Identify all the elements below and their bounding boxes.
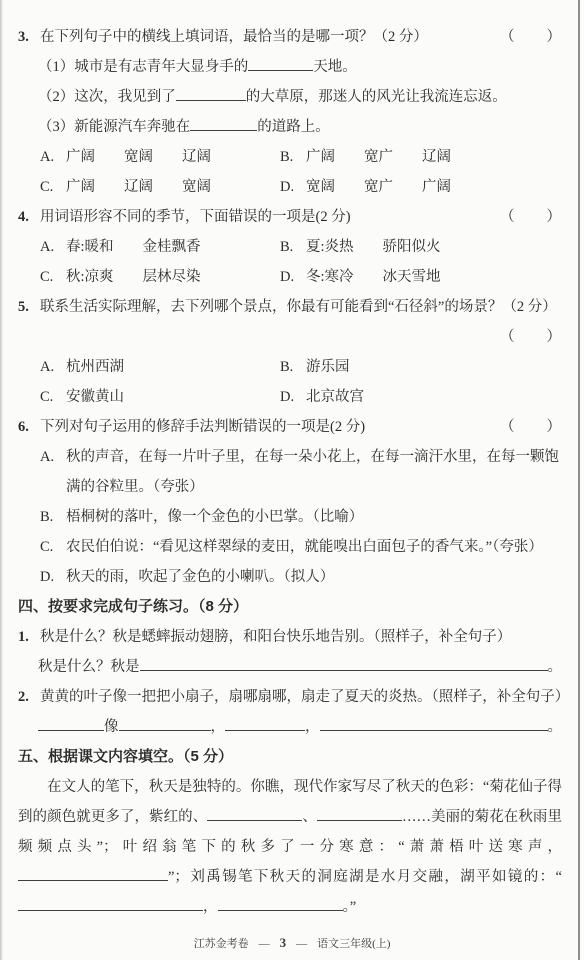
option-label: C. <box>40 262 66 292</box>
option-text: 冬:寒冷 冰天雪地 <box>306 262 441 292</box>
footer-brand: 江苏金考卷 <box>194 938 249 950</box>
answer-comma: ， <box>211 712 226 742</box>
option-text: 广阔 辽阔 宽阔 <box>66 172 211 202</box>
question-4-text: 用词语形容不同的季节，下面错误的一项是(2 分) <box>40 202 496 232</box>
sub-text: 的大草原，那迷人的风光让我流连忘返。 <box>246 89 507 105</box>
answer-comma: ， <box>305 712 320 742</box>
option-label: A. <box>40 142 66 172</box>
item-text: 秋是什么？秋是蟋蟀振动翅膀，和阳台快乐地告别。（照样子，补全句子） <box>40 622 562 652</box>
section-5-title: 五、根据课文内容填空。（5 分） <box>18 742 562 772</box>
option-label: B. <box>280 352 306 382</box>
option-label: A. <box>40 232 66 262</box>
answer-blank <box>176 86 246 102</box>
option-text: 游乐园 <box>306 352 350 382</box>
option-text: 农民伯伯说：“看见这样翠绿的麦田，就能嗅出白面包子的香气来。”（夸张） <box>66 532 562 562</box>
section-4: 四、按要求完成句子练习。（8 分） 1. 秋是什么？秋是蟋蟀振动翅膀，和阳台快乐… <box>18 592 562 742</box>
question-3-number: 3. <box>18 22 40 52</box>
answer-blank <box>18 896 203 912</box>
section-5-paragraph: 在文人的笔下，秋天是独特的。你瞧，现代作家写尽了秋天的色彩：“菊花仙子得到的颜色… <box>18 772 562 922</box>
question-5-answer-bracket: （ ） <box>18 322 562 352</box>
page-footer: 江苏金考卷—3—语文三年级(上) <box>0 935 584 952</box>
question-6-number: 6. <box>18 412 40 442</box>
option-label: A. <box>40 352 66 382</box>
option-text: 夏:炎热 骄阳似火 <box>306 232 441 262</box>
item-text: 黄黄的叶子像一把把小扇子，扇哪扇哪，扇走了夏天的炎热。（照样子，补全句子） <box>40 682 562 712</box>
item-number: 1. <box>18 622 40 652</box>
answer-blank <box>248 56 313 72</box>
question-3-head: 3. 在下列句子中的横线上填词语，最恰当的是哪一项？（2 分） （ ） <box>18 22 562 52</box>
question-5-options: A.杭州西湖 B.游乐园 C.安徽黄山 D.北京故宫 <box>18 352 562 412</box>
sub-text: （3）新能源汽车奔驰在 <box>38 119 190 135</box>
option-label: D. <box>280 382 306 412</box>
question-6-text: 下列对句子运用的修辞手法判断错误的一项是(2 分) <box>40 412 496 442</box>
answer-blank <box>119 716 211 732</box>
question-6-head: 6. 下列对句子运用的修辞手法判断错误的一项是(2 分) （ ） <box>18 412 562 442</box>
option-text: 广阔 宽广 辽阔 <box>306 142 451 172</box>
sub-text: 天地。 <box>313 59 357 75</box>
answer-blank <box>190 116 257 132</box>
paragraph-text: 。” <box>343 899 357 915</box>
option-b: B.梧桐树的落叶，像一个金色的小巴掌。（比喻） <box>18 502 562 532</box>
paragraph-text: ， <box>203 899 218 915</box>
paragraph-text: ”；刘禹锡笔下秋天的洞庭湖是水月交融，湖平如镜的：“ <box>168 869 562 885</box>
option-b: B.游乐园 <box>280 352 562 382</box>
option-label: D. <box>280 172 306 202</box>
question-4: 4. 用词语形容不同的季节，下面错误的一项是(2 分) （ ） A.春:暖和 金… <box>18 202 562 292</box>
option-d: D.北京故宫 <box>280 382 562 412</box>
footer-page-number: 3 <box>280 935 287 950</box>
option-c: C.广阔 辽阔 宽阔 <box>40 172 280 202</box>
option-text: 杭州西湖 <box>66 352 124 382</box>
option-label: D. <box>40 562 66 592</box>
option-b: B.夏:炎热 骄阳似火 <box>280 232 562 262</box>
question-4-answer-bracket: （ ） <box>500 202 562 232</box>
option-a: A.春:暖和 金桂飘香 <box>40 232 280 262</box>
page-right-edge-line <box>578 0 580 960</box>
sub-text: 的道路上。 <box>257 119 330 135</box>
footer-subject: 语文三年级(上) <box>317 938 390 950</box>
option-text: 宽阔 宽广 广阔 <box>306 172 451 202</box>
answer-suffix: 。 <box>548 652 563 682</box>
section-4-item-2-answer-line: 像 ， ， 。 <box>38 712 562 742</box>
option-c: C.农民伯伯说：“看见这样翠绿的麦田，就能嗅出白面包子的香气来。”（夸张） <box>18 532 562 562</box>
question-3-sub-2: （2）这次，我见到了的大草原，那迷人的风光让我流连忘返。 <box>38 82 562 112</box>
question-5: 5. 联系生活实际理解，去下列哪个景点，你最有可能看到“石径斜”的场景？（2 分… <box>18 292 562 412</box>
option-text: 秋的声音，在每一片叶子里，在每一朵小花上，在每一滴汗水里，在每一颗饱满的谷粒里。… <box>66 442 562 502</box>
option-text: 梧桐树的落叶，像一个金色的小巴掌。（比喻） <box>66 502 562 532</box>
answer-blank <box>207 806 302 822</box>
paragraph-text: 、 <box>302 809 317 825</box>
option-label: B. <box>280 232 306 262</box>
section-4-title: 四、按要求完成句子练习。（8 分） <box>18 592 562 622</box>
option-d: D.宽阔 宽广 广阔 <box>280 172 562 202</box>
question-5-head: 5. 联系生活实际理解，去下列哪个景点，你最有可能看到“石径斜”的场景？（2 分… <box>18 292 562 322</box>
option-label: D. <box>280 262 306 292</box>
option-text: 春:暖和 金桂飘香 <box>66 232 201 262</box>
exam-content: 3. 在下列句子中的横线上填词语，最恰当的是哪一项？（2 分） （ ） （1）城… <box>18 22 562 922</box>
question-5-text: 联系生活实际理解，去下列哪个景点，你最有可能看到“石径斜”的场景？（2 分） <box>40 292 562 322</box>
footer-dash: — <box>259 938 270 950</box>
section-5: 五、根据课文内容填空。（5 分） 在文人的笔下，秋天是独特的。你瞧，现代作家写尽… <box>18 742 562 922</box>
question-5-number: 5. <box>18 292 40 322</box>
question-6-answer-bracket: （ ） <box>500 412 562 442</box>
option-c: C.安徽黄山 <box>40 382 280 412</box>
option-text: 安徽黄山 <box>66 382 124 412</box>
option-label: B. <box>40 502 66 532</box>
sub-text: （2）这次，我见到了 <box>38 89 176 105</box>
section-4-item-2: 2. 黄黄的叶子像一把把小扇子，扇哪扇哪，扇走了夏天的炎热。（照样子，补全句子） <box>18 682 562 712</box>
answer-blank <box>320 716 548 732</box>
option-a: A.秋的声音，在每一片叶子里，在每一朵小花上，在每一滴汗水里，在每一颗饱满的谷粒… <box>18 442 562 502</box>
option-text: 秋天的雨，吹起了金色的小喇叭。（拟人） <box>66 562 562 592</box>
question-6: 6. 下列对句子运用的修辞手法判断错误的一项是(2 分) （ ） A.秋的声音，… <box>18 412 562 592</box>
answer-prefix: 秋是什么？秋是 <box>38 652 140 682</box>
answer-blank <box>38 716 104 732</box>
question-4-options: A.春:暖和 金桂飘香 B.夏:炎热 骄阳似火 C.秋:凉爽 层林尽染 D.冬:… <box>18 232 562 292</box>
exam-page: 3. 在下列句子中的横线上填词语，最恰当的是哪一项？（2 分） （ ） （1）城… <box>0 0 584 960</box>
option-label: B. <box>280 142 306 172</box>
answer-blank <box>225 716 305 732</box>
answer-period: 。 <box>548 712 563 742</box>
option-d: D.秋天的雨，吹起了金色的小喇叭。（拟人） <box>18 562 562 592</box>
option-label: C. <box>40 532 66 562</box>
answer-blank <box>140 656 548 672</box>
option-text: 广阔 宽阔 辽阔 <box>66 142 211 172</box>
option-c: C.秋:凉爽 层林尽染 <box>40 262 280 292</box>
answer-blank <box>317 806 402 822</box>
section-4-item-1: 1. 秋是什么？秋是蟋蟀振动翅膀，和阳台快乐地告别。（照样子，补全句子） <box>18 622 562 652</box>
answer-blank <box>268 896 343 912</box>
question-3-options: A.广阔 宽阔 辽阔 B.广阔 宽广 辽阔 C.广阔 辽阔 宽阔 D.宽阔 宽广… <box>18 142 562 202</box>
option-text: 北京故宫 <box>306 382 364 412</box>
option-d: D.冬:寒冷 冰天雪地 <box>280 262 562 292</box>
answer-blank <box>18 866 168 882</box>
option-label: C. <box>40 172 66 202</box>
question-4-head: 4. 用词语形容不同的季节，下面错误的一项是(2 分) （ ） <box>18 202 562 232</box>
option-a: A.杭州西湖 <box>40 352 280 382</box>
question-3-answer-bracket: （ ） <box>500 22 562 52</box>
page-left-edge-shadow <box>0 0 3 960</box>
question-3-text: 在下列句子中的横线上填词语，最恰当的是哪一项？（2 分） <box>40 22 496 52</box>
question-3: 3. 在下列句子中的横线上填词语，最恰当的是哪一项？（2 分） （ ） （1）城… <box>18 22 562 202</box>
item-number: 2. <box>18 682 40 712</box>
question-4-number: 4. <box>18 202 40 232</box>
option-a: A.广阔 宽阔 辽阔 <box>40 142 280 172</box>
option-label: C. <box>40 382 66 412</box>
option-b: B.广阔 宽广 辽阔 <box>280 142 562 172</box>
sub-text: （1）城市是有志青年大显身手的 <box>38 59 248 75</box>
answer-blank <box>218 896 268 912</box>
answer-word-like: 像 <box>104 712 119 742</box>
question-3-sub-1: （1）城市是有志青年大显身手的天地。 <box>38 52 562 82</box>
section-4-item-1-answer-line: 秋是什么？秋是 。 <box>38 652 562 682</box>
option-text: 秋:凉爽 层林尽染 <box>66 262 201 292</box>
question-3-sub-3: （3）新能源汽车奔驰在的道路上。 <box>38 112 562 142</box>
footer-dash: — <box>296 938 307 950</box>
option-label: A. <box>40 442 66 472</box>
